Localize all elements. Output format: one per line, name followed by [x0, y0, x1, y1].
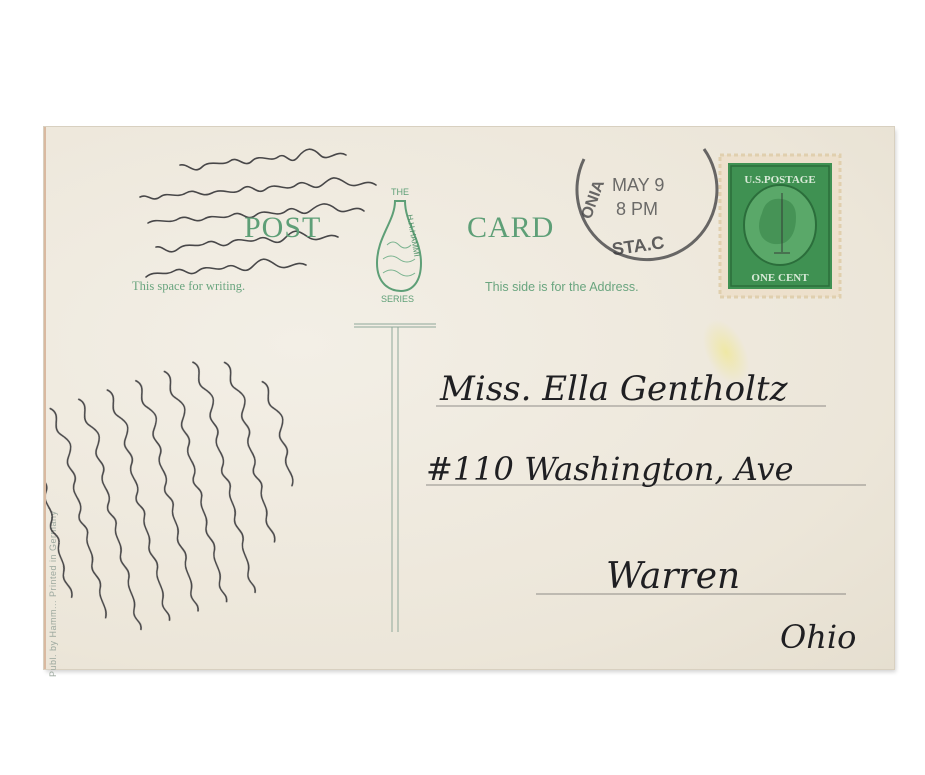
center-divider	[354, 322, 436, 642]
postage-stamp: U.S.POSTAGE ONE CENT	[718, 153, 842, 299]
svg-text:ONIA: ONIA	[578, 177, 608, 221]
address-state: Ohio	[780, 618, 856, 656]
writing-space-caption: This space for writing.	[132, 279, 245, 294]
address-street: #110 Washington, Ave	[426, 450, 794, 488]
post-heading: POST	[244, 211, 321, 245]
card-heading: CARD	[467, 211, 554, 245]
address-side-caption: This side is for the Address.	[485, 280, 639, 294]
vase-icon: THE H.H.HAMMI SERIES	[371, 185, 427, 303]
postmark: MAY 9 8 PM STA.C ONIA	[554, 129, 734, 269]
address-block: Miss. Ella Gentholtz #110 Washington, Av…	[426, 362, 896, 662]
logo-top-text: THE	[391, 187, 409, 197]
logo-bottom-text: SERIES	[381, 294, 414, 303]
address-name: Miss. Ella Gentholtz	[439, 369, 789, 409]
logo-middle-text: H.H.HAMMI	[405, 214, 421, 258]
postcard: Publ. by Hamm... Printed in Germany	[44, 127, 894, 669]
address-city: Warren	[606, 556, 740, 597]
publisher-logo: THE H.H.HAMMI SERIES	[371, 185, 427, 303]
postmark-date: MAY 9	[612, 175, 664, 195]
svg-text:STA.C: STA.C	[611, 232, 666, 259]
postmark-time: 8 PM	[616, 199, 658, 219]
stamp-bottom-text: ONE CENT	[751, 272, 809, 284]
